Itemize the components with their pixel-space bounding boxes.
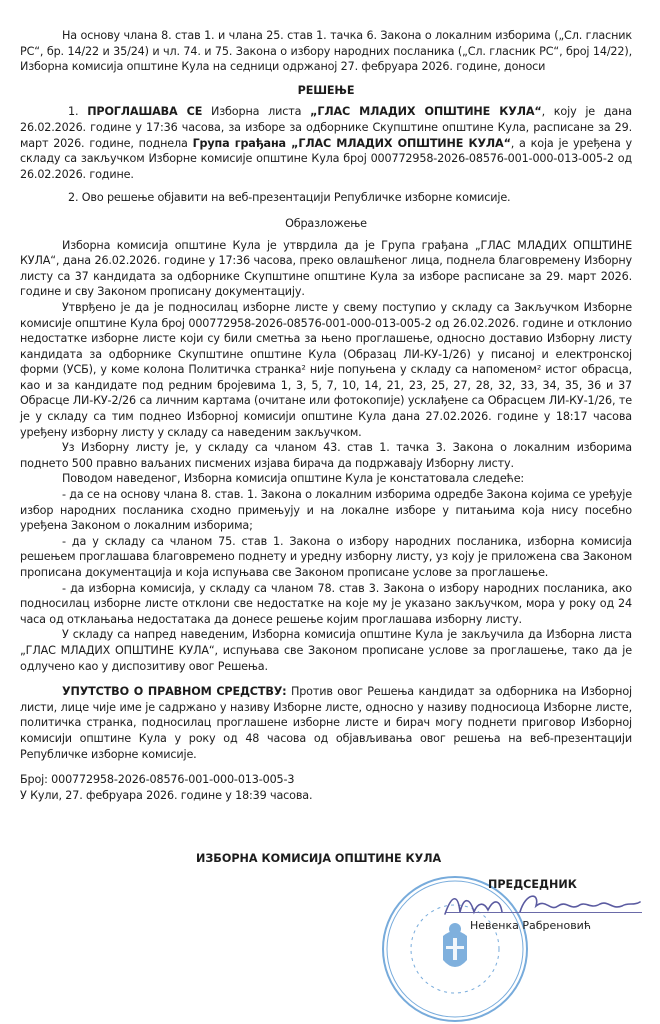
document-page: На основу члана 8. став 1. и члана 25. с… (20, 28, 632, 803)
signatory-name: Невенка Рабреновић (470, 919, 591, 932)
reasoning-paragraph: Утврђено је да је подносилац изборне лис… (20, 300, 632, 440)
signature-organization: ИЗБОРНА КОМИСИЈА ОПШТИНЕ КУЛА (196, 852, 441, 865)
reasoning-paragraph: У складу са напред наведеним, Изборна ко… (20, 627, 632, 674)
place-date: У Кули, 27. фебруара 2026. године у 18:3… (20, 788, 632, 804)
reasoning-bullet: - да се на основу члана 8. став. 1. Зако… (20, 487, 632, 534)
document-number: Број: 000772958-2026-08576-001-000-013-0… (20, 772, 632, 788)
signature-line (446, 912, 642, 913)
reasoning-paragraph: Поводом наведеног, Изборна комисија општ… (20, 471, 632, 487)
legal-remedy: УПУТСТВО О ПРАВНОМ СРЕДСТВУ: Против овог… (20, 684, 632, 762)
reasoning-paragraph: Уз Изборну листу је, у складу са чланом … (20, 440, 632, 471)
decision-item-2: 2. Ово решење објавити на веб-презентаци… (20, 190, 632, 206)
reasoning-paragraph: Изборна комисија општине Кула је утврдил… (20, 238, 632, 300)
decision-title: РЕШЕЊЕ (20, 83, 632, 99)
decision-item-1: 1. ПРОГЛАШАВА СЕ Изборна листа „ГЛАС МЛА… (20, 104, 632, 182)
reasoning-title: Образложење (20, 216, 632, 232)
preamble: На основу члана 8. став 1. и члана 25. с… (20, 28, 632, 75)
reasoning-bullet: - да у складу са чланом 75. став 1. Зако… (20, 534, 632, 581)
reasoning-bullet: - да изборна комисија, у складу са члано… (20, 581, 632, 628)
